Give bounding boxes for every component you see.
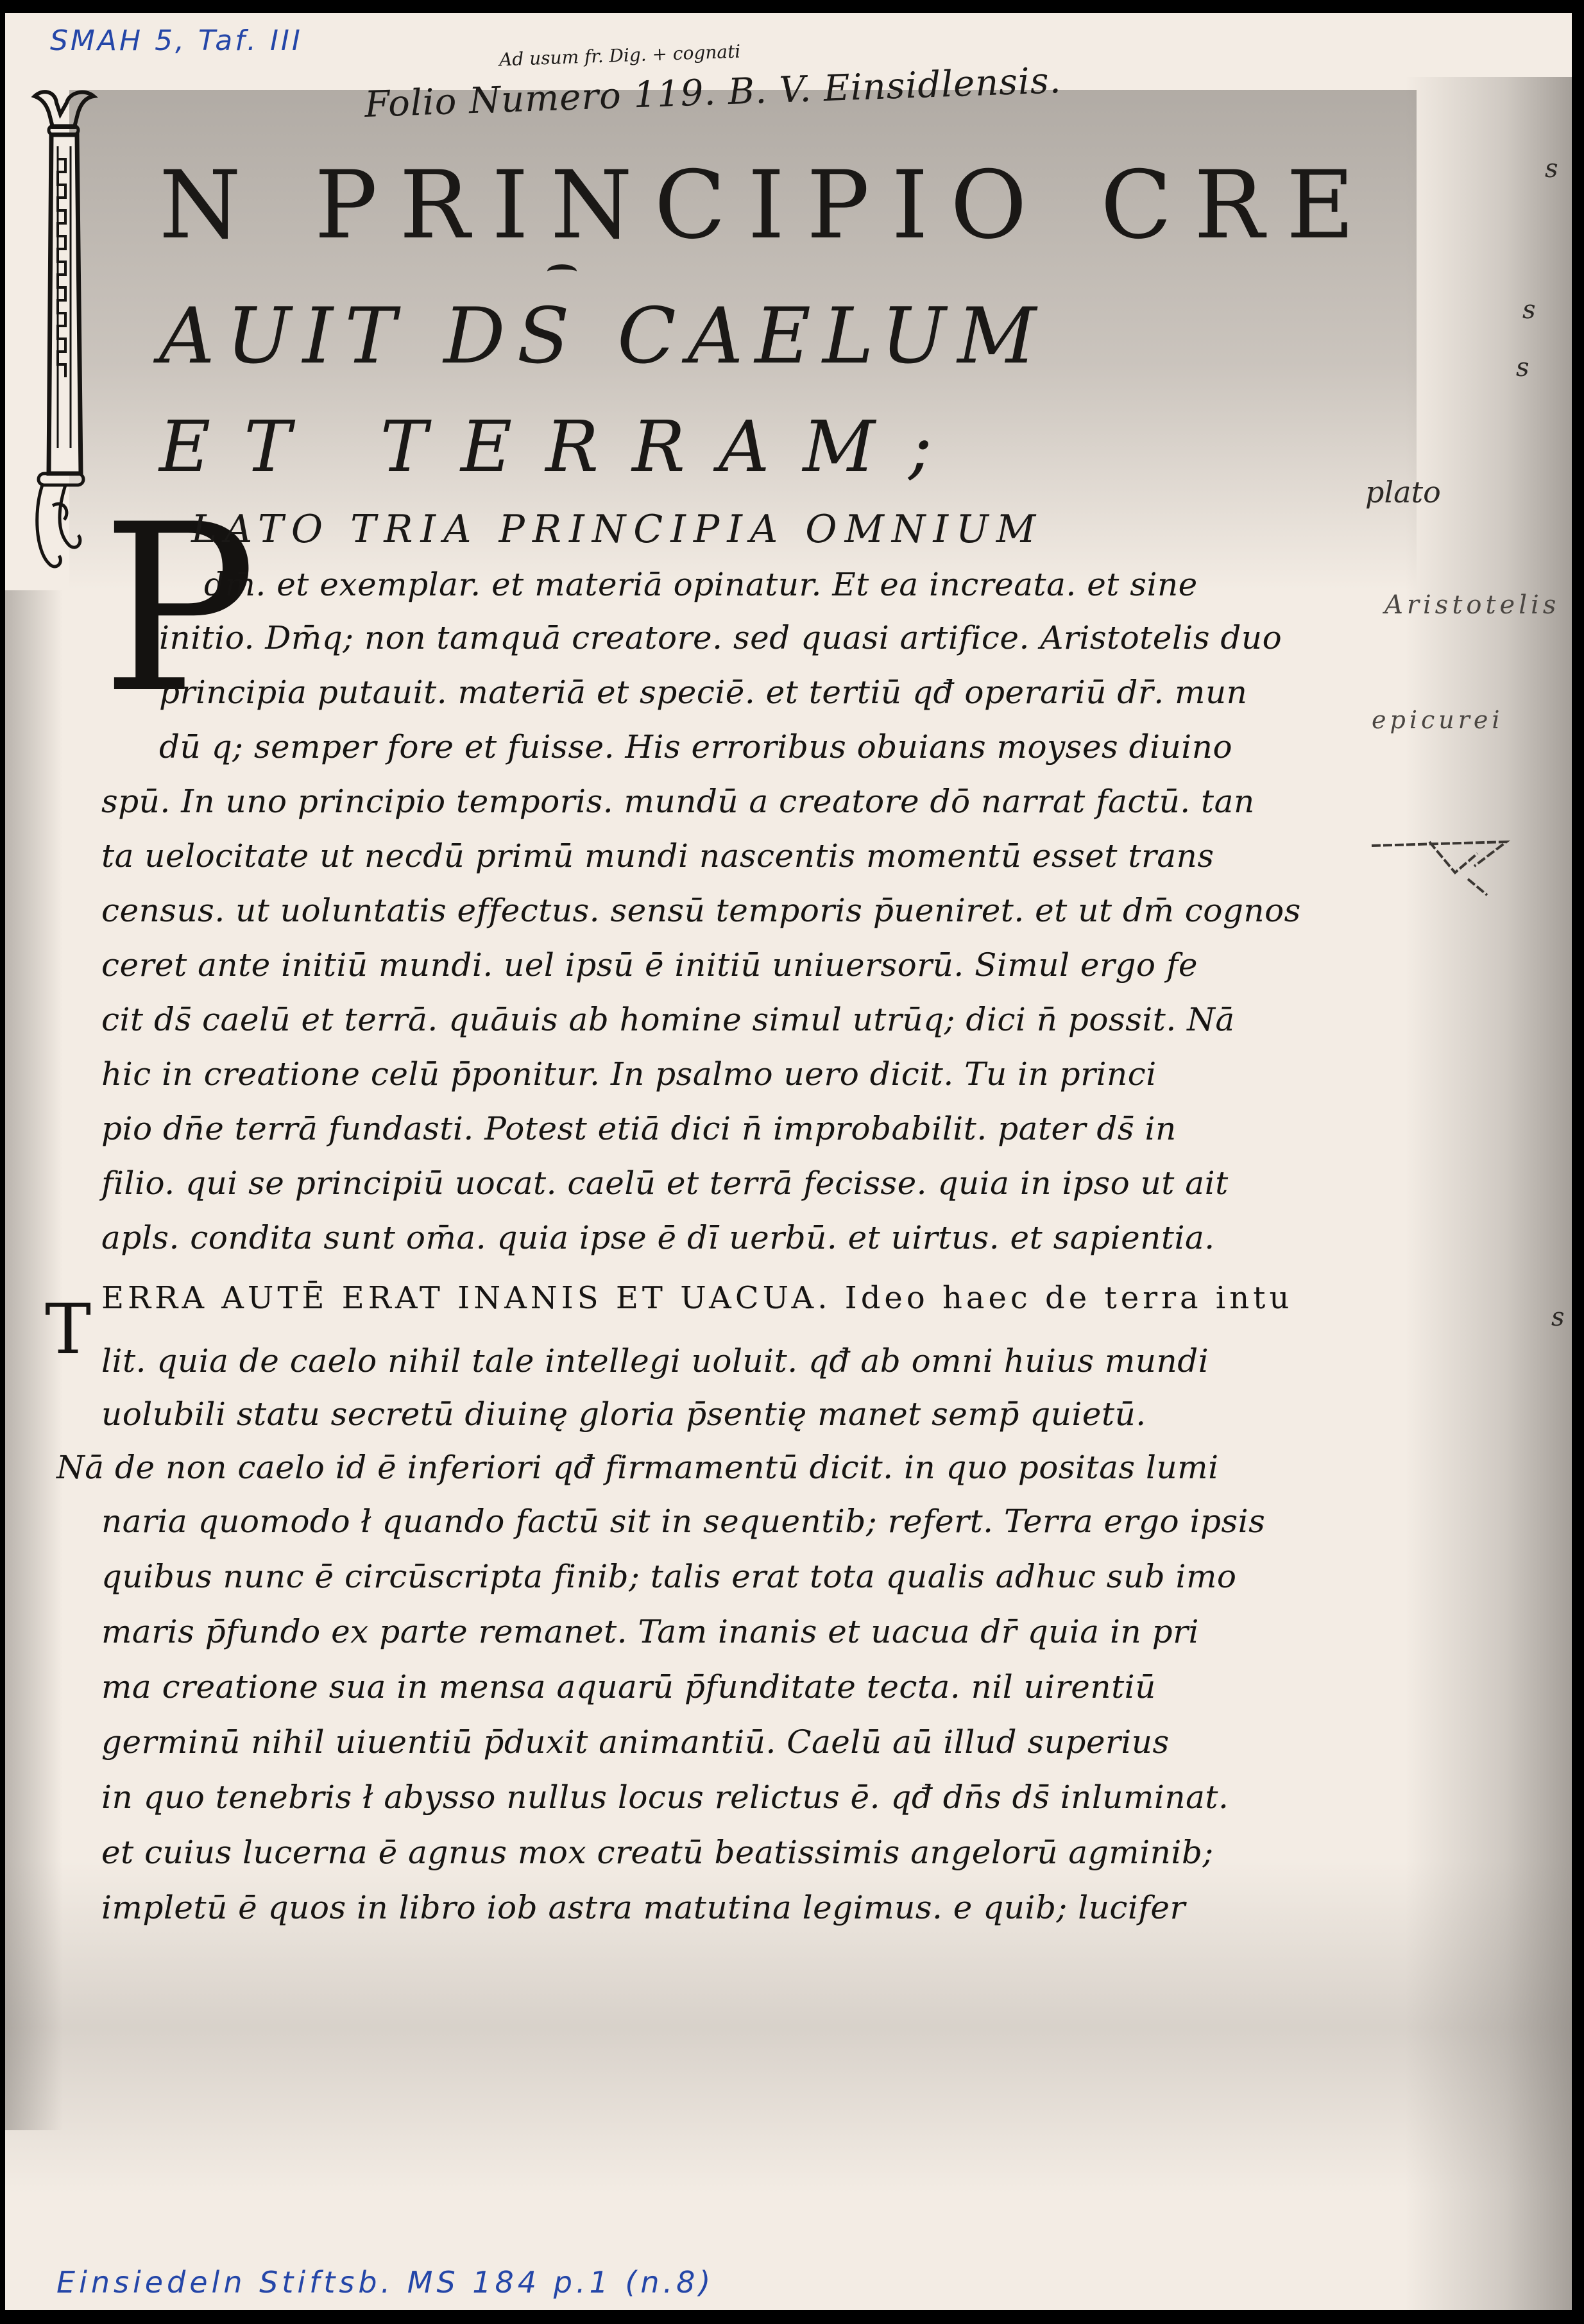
text-line: uolubili statu secretū diuinę gloria p̄s… [101, 1396, 1146, 1433]
text-line: in quo tenebris ł abysso nullus locus re… [101, 1779, 1229, 1816]
text-line: initio. Dm̄q; non tamquā creatore. sed q… [159, 619, 1282, 656]
ornamental-initial-i-icon [30, 89, 100, 576]
margin-pointer-mark-icon [1365, 828, 1526, 898]
text-line: dm̄. et exemplar. et materiā opinatur. E… [204, 566, 1198, 603]
text-line: pio dn̄e terrā fundasti. Potest etiā dic… [101, 1110, 1177, 1147]
text-line: hic in creatione celū p̄ponitur. In psal… [101, 1055, 1157, 1093]
text-line: census. ut uoluntatis effectus. sensū te… [101, 892, 1301, 929]
shelf-reference-note: SMAH 5, Taf. III [50, 24, 303, 57]
text-line: apls. condita sunt om̄a. quia ipse ē dī … [101, 1219, 1215, 1256]
text-line: spū. In uno principio temporis. mundū a … [101, 783, 1255, 820]
manuscript-page: SMAH 5, Taf. III Ad usum fr. Dig. + cogn… [5, 13, 1572, 2310]
text-line: Nā de non caelo id ē inferiori qđ firmam… [56, 1449, 1219, 1486]
incipit-line-2: AUIT DS CAELUM [159, 292, 1048, 381]
text-line: quibus nunc ē circūscripta finib; talis … [101, 1558, 1237, 1595]
text-line: ta uelocitate ut necdū primū mundi nasce… [101, 837, 1214, 875]
margin-note-epicurei: epicurei [1372, 706, 1504, 734]
margin-s-mark: s [1516, 353, 1529, 382]
margin-s-mark: s [1551, 1303, 1565, 1332]
text-line: et cuius lucerna ē agnus mox creatū beat… [101, 1834, 1214, 1871]
text-line: cit ds̄ caelū et terrā. quāuis ab homine… [101, 1001, 1235, 1038]
margin-s-mark: s [1545, 154, 1558, 184]
margin-s-mark: s [1522, 295, 1536, 325]
text-line: impletū ē quos in libro iob astra matuti… [101, 1889, 1186, 1926]
library-reference-note: Einsiedeln Stiftsb. MS 184 p.1 (n.8) [56, 2265, 714, 2300]
ownership-note: Ad usum fr. Dig. + cognati [499, 40, 741, 70]
text-line: dū q; semper fore et fuisse. His errorib… [159, 728, 1232, 765]
margin-note-aristotelis: Aristotelis [1384, 590, 1560, 620]
initial-t: T [45, 1290, 91, 1370]
text-line: lit. quia de caelo nihil tale intellegi … [101, 1342, 1209, 1380]
text-line: germinū nihil uiuentiū p̄duxit animantiū… [101, 1723, 1170, 1761]
incipit-line-4: LATO TRIA PRINCIPIA OMNIUM [191, 507, 1043, 552]
text-line: ma creatione sua in mensa aquarū p̄fundi… [101, 1668, 1156, 1705]
text-line: filio. qui se principiū uocat. caelū et … [101, 1165, 1229, 1202]
folio-number-note: Folio Numero 119. B. V. Einsidlensis. [364, 60, 1062, 126]
toner-shadow-right [1405, 77, 1572, 2310]
margin-note-plato: plato [1365, 475, 1441, 509]
abbreviation-mark [547, 264, 577, 278]
text-line: ERRA AUTĒ ERAT INANIS ET UACUA. Ideo hae… [101, 1280, 1293, 1316]
text-line: principia putauit. materiā et speciē. et… [159, 674, 1247, 711]
incipit-line-3: ET TERRAM; [159, 406, 966, 488]
text-line: naria quomodo ł quando factū sit in sequ… [101, 1503, 1265, 1540]
text-line: ceret ante initiū mundi. uel ipsū ē init… [101, 946, 1198, 984]
incipit-line-1: N PRINCIPIO CRE [159, 151, 1376, 260]
text-line: maris p̄fundo ex parte remanet. Tam inan… [101, 1613, 1199, 1650]
